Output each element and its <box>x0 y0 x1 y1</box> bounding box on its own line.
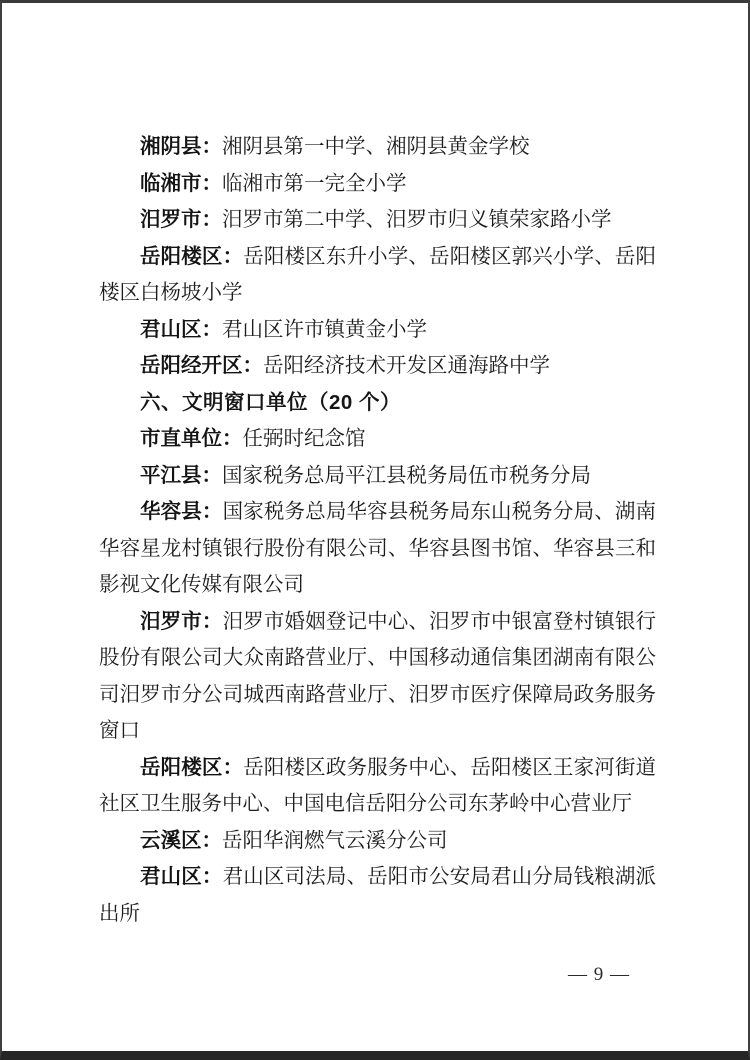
entry-paragraph: 岳阳楼区：岳阳楼区政务服务中心、岳阳楼区王家河街道社区卫生服务中心、中国电信岳阳… <box>99 750 656 823</box>
heading-text: 六、文明窗口单位（20 个） <box>140 391 401 414</box>
page-number: — 9 — <box>2 964 630 986</box>
entry-label: 岳阳楼区： <box>140 757 243 779</box>
entry-text: 临湘市第一完全小学 <box>222 173 407 195</box>
entry-paragraph: 临湘市：临湘市第一完全小学 <box>99 166 656 203</box>
entry-text: 湘阴县第一中学、湘阴县黄金学校 <box>222 136 530 158</box>
entry-label: 君山区： <box>140 866 223 888</box>
entry-paragraph: 君山区：君山区司法局、岳阳市公安局君山分局钱粮湖派出所 <box>99 859 656 932</box>
entry-label: 汨罗市： <box>140 611 223 633</box>
entry-text: 君山区许市镇黄金小学 <box>222 319 427 341</box>
entry-paragraph: 汨罗市：汨罗市婚姻登记中心、汨罗市中银富登村镇银行股份有限公司大众南路营业厅、中… <box>99 604 656 750</box>
entry-text: 汨罗市第二中学、汨罗市归义镇荣家路小学 <box>222 209 612 231</box>
entry-text: 任弼时纪念馆 <box>243 428 366 450</box>
entry-label: 岳阳楼区： <box>140 246 243 268</box>
entry-paragraph: 君山区：君山区许市镇黄金小学 <box>99 312 656 349</box>
entry-label: 君山区： <box>140 319 222 341</box>
entry-paragraph: 岳阳经开区：岳阳经济技术开发区通海路中学 <box>99 348 656 385</box>
entry-paragraph: 岳阳楼区：岳阳楼区东升小学、岳阳楼区郭兴小学、岳阳楼区白杨坡小学 <box>99 239 656 312</box>
entry-paragraph: 汨罗市：汨罗市第二中学、汨罗市归义镇荣家路小学 <box>99 202 656 239</box>
document-page: 湘阴县：湘阴县第一中学、湘阴县黄金学校临湘市：临湘市第一完全小学汨罗市：汨罗市第… <box>0 0 750 1060</box>
entry-text: 国家税务总局平江县税务局伍市税务分局 <box>222 465 591 487</box>
entry-paragraph: 平江县：国家税务总局平江县税务局伍市税务分局 <box>99 458 656 495</box>
entry-label: 市直单位： <box>140 428 243 450</box>
entry-text: 岳阳经济技术开发区通海路中学 <box>263 355 550 377</box>
entry-label: 汨罗市： <box>140 209 222 231</box>
entry-label: 平江县： <box>140 465 222 487</box>
entry-label: 华容县： <box>140 501 223 523</box>
document-body: 湘阴县：湘阴县第一中学、湘阴县黄金学校临湘市：临湘市第一完全小学汨罗市：汨罗市第… <box>99 129 656 932</box>
entry-text: 岳阳华润燃气云溪分公司 <box>222 830 448 852</box>
entry-label: 湘阴县： <box>140 136 222 158</box>
entry-paragraph: 云溪区：岳阳华润燃气云溪分公司 <box>99 823 656 860</box>
entry-label: 临湘市： <box>140 173 222 195</box>
entry-label: 岳阳经开区： <box>140 355 263 377</box>
entry-label: 云溪区： <box>140 830 222 852</box>
entry-paragraph: 湘阴县：湘阴县第一中学、湘阴县黄金学校 <box>99 129 656 166</box>
entry-paragraph: 市直单位：任弼时纪念馆 <box>99 421 656 458</box>
entry-paragraph: 华容县：国家税务总局华容县税务局东山税务分局、湖南华容星龙村镇银行股份有限公司、… <box>99 494 656 604</box>
section-heading: 六、文明窗口单位（20 个） <box>99 385 656 422</box>
